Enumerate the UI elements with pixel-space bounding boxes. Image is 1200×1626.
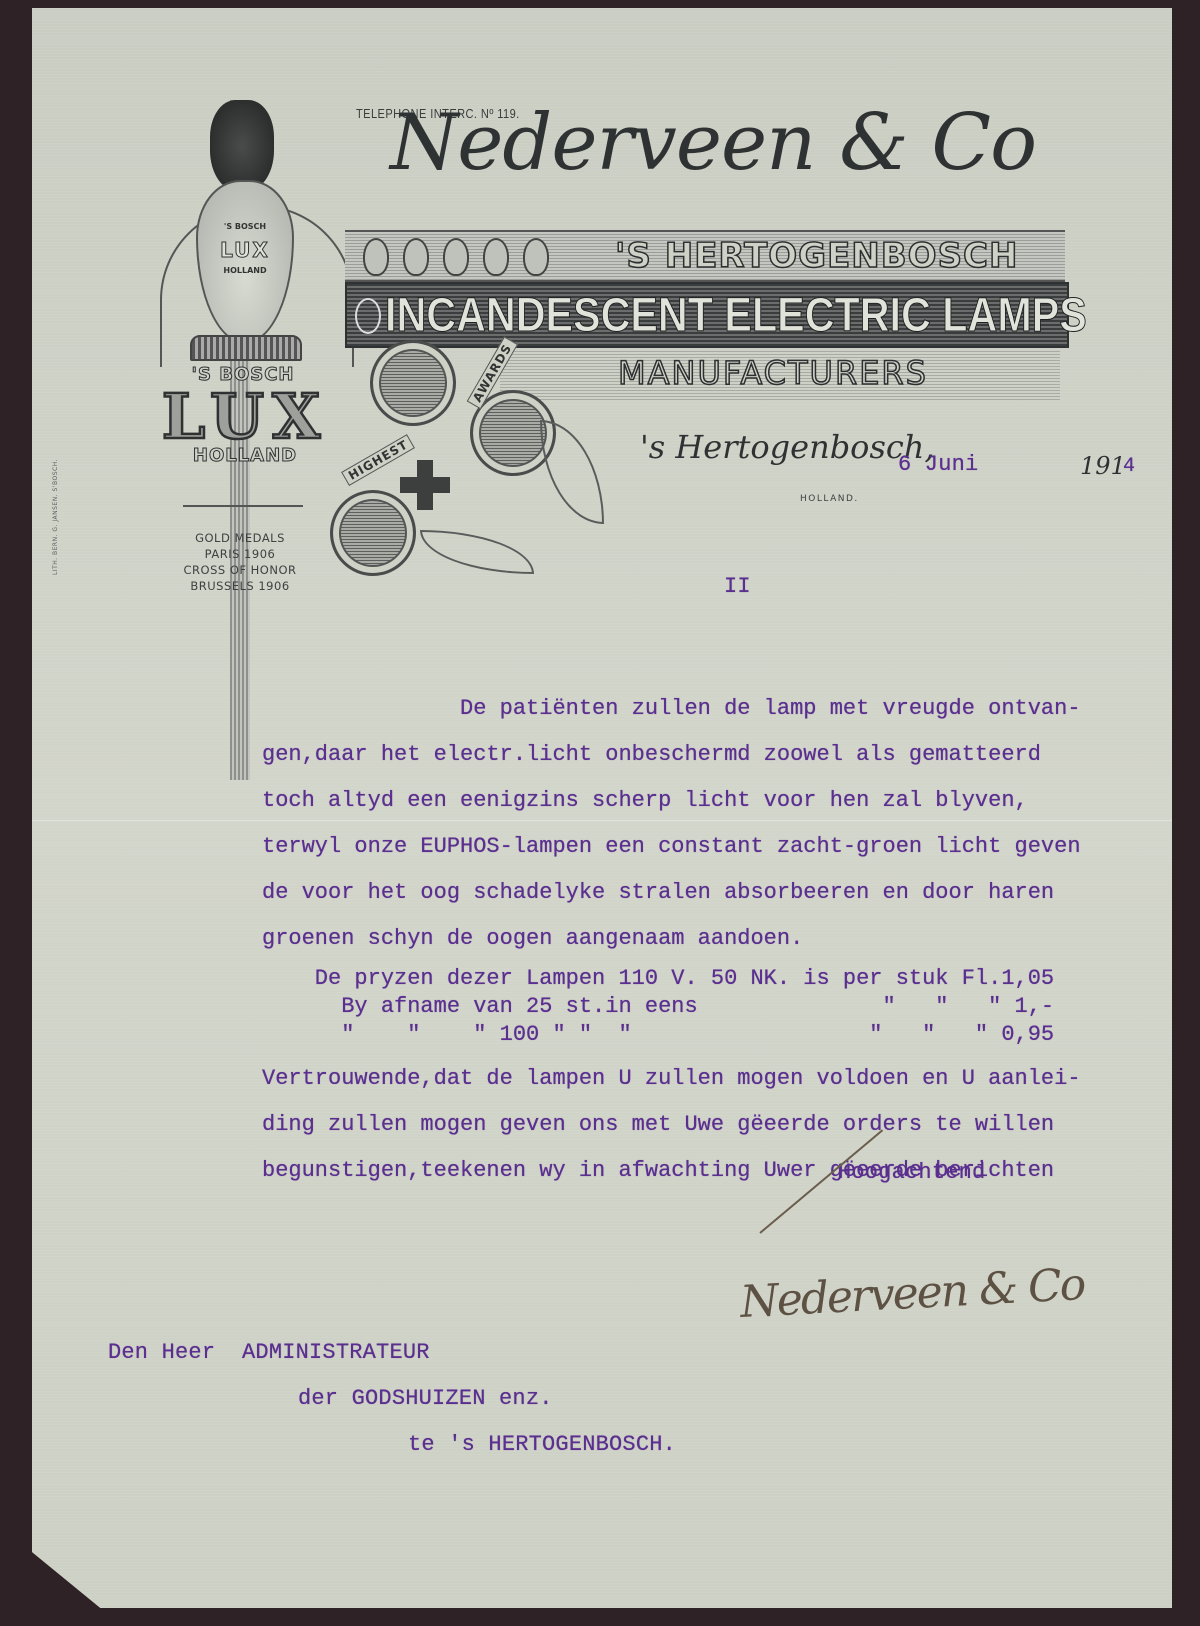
- awards-line: BRUSSELS 1906: [150, 578, 330, 594]
- awards-line: CROSS OF HONOR: [150, 562, 330, 578]
- manufacturers-banner-text: MANUFACTURERS: [618, 354, 928, 392]
- addressee-line-3: te 's HERTOGENBOSCH.: [408, 1432, 676, 1457]
- awards-line: GOLD MEDALS: [150, 530, 330, 546]
- small-bulb-icon: [403, 238, 429, 276]
- city-banner: 'S HERTOGENBOSCH: [345, 230, 1065, 282]
- body-line: gen,daar het electr.licht onbeschermd zo…: [262, 742, 1142, 788]
- body-line: groenen schyn de oogen aangenaam aandoen…: [262, 926, 1142, 966]
- bulb-label-bottom: HOLLAND: [198, 266, 292, 275]
- place-country: HOLLAND.: [800, 494, 859, 504]
- body-line: begunstigen,teekenen wy in afwachting Uw…: [262, 1158, 1142, 1204]
- lion-head-icon: [210, 100, 274, 192]
- city-banner-text: 'S HERTOGENBOSCH: [615, 236, 1018, 276]
- price-line: By afname van 25 st.in eens " " " 1,-: [262, 994, 1142, 1022]
- place-script: 's Hertogenbosch,: [640, 428, 935, 466]
- small-bulb-icon: [483, 238, 509, 276]
- awards-line: PARIS 1906: [150, 546, 330, 562]
- body-line: Vertrouwende,dat de lampen U zullen moge…: [262, 1066, 1142, 1112]
- rosette-icon: [355, 298, 381, 334]
- addressee-line-1: Den Heer ADMINISTRATEUR: [108, 1340, 430, 1365]
- letter-body: De patiënten zullen de lamp met vreugde …: [262, 696, 1142, 1204]
- closing: Hoogachtend: [838, 1160, 985, 1185]
- product-banner: INCANDESCENT ELECTRIC LAMPS: [345, 282, 1069, 348]
- year-printed: 191: [1080, 452, 1126, 480]
- small-bulb-icon: [523, 238, 549, 276]
- body-line: toch altyd een eenigzins scherp licht vo…: [262, 788, 1142, 834]
- price-line: De pryzen dezer Lampen 110 V. 50 NK. is …: [262, 966, 1142, 994]
- bulb-label-lux: LUX: [198, 238, 292, 262]
- year-typed-digit: 4: [1123, 455, 1135, 478]
- small-bulb-icon: [443, 238, 469, 276]
- body-line: De patiënten zullen de lamp met vreugde …: [262, 696, 1142, 742]
- brand-name-lux: LUX: [140, 380, 350, 453]
- medal-icon: [370, 340, 456, 426]
- divider-ornament: [183, 505, 303, 507]
- cross-of-honor-icon: [400, 460, 450, 510]
- awards-text: GOLD MEDALS PARIS 1906 CROSS OF HONOR BR…: [150, 530, 330, 594]
- company-name: Nederveen & Co: [390, 98, 1036, 188]
- small-bulb-icon: [363, 238, 389, 276]
- crown-icon: [190, 335, 302, 361]
- addressee-line-2: der GODSHUIZEN enz.: [298, 1386, 553, 1411]
- brand-bottom: HOLLAND: [160, 445, 330, 466]
- body-line: ding zullen mogen geven ons met Uwe gëee…: [262, 1112, 1142, 1158]
- price-line: " " " 100 " " " " " " 0,95: [262, 1022, 1142, 1066]
- product-banner-text: INCANDESCENT ELECTRIC LAMPS: [385, 288, 1087, 343]
- letter-date: 6 Juni: [898, 452, 978, 477]
- page-marker: II: [724, 574, 751, 599]
- bulb-row-ornament: [363, 238, 549, 276]
- body-line: terwyl onze EUPHOS-lampen een constant z…: [262, 834, 1142, 880]
- body-line: de voor het oog schadelyke stralen absor…: [262, 880, 1142, 926]
- lithographer-credit: LITH. BERN. G. JANSEN. S'BOSCH.: [52, 459, 59, 575]
- manufacturers-banner: MANUFACTURERS: [500, 350, 1060, 400]
- bulb-label-top: 'S BOSCH: [198, 222, 292, 231]
